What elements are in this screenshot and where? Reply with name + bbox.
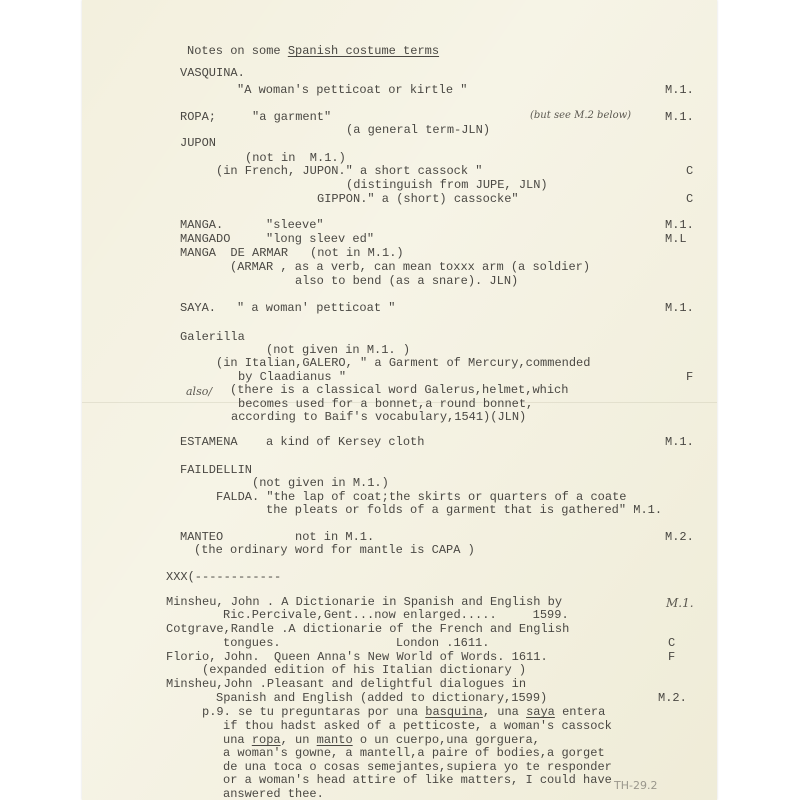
section-separator: XXX(------------ [166, 571, 281, 584]
note-ropa: (a general term-JLN) [346, 124, 490, 137]
definition-saya: " a woman' petticoat " [237, 302, 395, 315]
bibliography-entry: Spanish and English (added to dictionary… [216, 692, 547, 705]
handwritten-note: also/ [186, 385, 212, 398]
note-jupon: (in French, JUPON." a short cassock " [216, 165, 482, 178]
quote-line: or a woman's head attire of like matters… [223, 774, 612, 787]
term-galerilla: Galerilla [180, 331, 245, 344]
definition-mangado: "long sleev ed" [266, 233, 374, 246]
note-manga-de-armar: also to bend (as a snare). JLN) [295, 275, 518, 288]
note-galerilla: (in Italian,GALERO, " a Garment of Mercu… [216, 357, 590, 370]
note-manteo: (the ordinary word for mantle is CAPA ) [194, 544, 475, 557]
term-vasquina: VASQUINA. [180, 67, 245, 80]
quote-line: answered thee. [223, 788, 324, 800]
definition-manga: "sleeve" [266, 219, 324, 232]
bibliography-entry: Ric.Percivale,Gent...now enlarged..... 1… [223, 609, 569, 622]
note-jupon: (distinguish from JUPE, JLN) [346, 179, 548, 192]
term-faldellin: FAILDELLIN [180, 464, 252, 477]
source-ref: M.1. [665, 84, 694, 97]
quote-line: p.9. se tu preguntaras por una basquina,… [202, 706, 605, 719]
term-jupon: JUPON [180, 137, 216, 150]
note-jupon: GIPPON." a (short) cassocke" [317, 193, 519, 206]
source-ref: M.2. [658, 692, 687, 705]
source-ref: M.1. [666, 596, 694, 610]
quote-line: if thou hadst asked of a petticoste, a w… [223, 720, 612, 733]
term-ropa: ROPA; [180, 111, 216, 124]
definition-ropa: "a garment" [252, 111, 331, 124]
source-ref: M.1. [665, 111, 694, 124]
bibliography-entry: (expanded edition of his Italian diction… [202, 664, 526, 677]
term-manga: MANGA. [180, 219, 223, 232]
term-saya: SAYA. [180, 302, 216, 315]
catalog-number: TH-29.2 [614, 779, 657, 792]
term-manga-de-armar: MANGA DE ARMAR [180, 247, 288, 260]
source-ref: C [686, 165, 693, 178]
handwritten-note: (but see M.2 below) [530, 110, 631, 121]
source-ref: C [668, 637, 675, 650]
bibliography-entry: Cotgrave,Randle .A dictionarie of the Fr… [166, 623, 569, 636]
bibliography-entry: Minsheu,John .Pleasant and delightful di… [166, 678, 526, 691]
source-ref: F [686, 371, 693, 384]
term-mangado: MANGADO [180, 233, 230, 246]
term-estamena: ESTAMENA [180, 436, 238, 449]
note-faldellin: (not given in M.1.) [252, 477, 389, 490]
note-galerilla: (there is a classical word Galerus,helme… [230, 384, 568, 397]
note-manga-de-armar: (not in M.1.) [310, 247, 404, 260]
note-galerilla: according to Baif's vocabulary,1541)(JLN… [231, 411, 526, 424]
quote-line: a woman's gowne, a mantell,a paire of bo… [223, 747, 605, 760]
note-manga-de-armar: (ARMAR , as a verb, can mean toxxx arm (… [230, 261, 590, 274]
definition-estamena: a kind of Kersey cloth [266, 436, 424, 449]
definition-vasquina: "A woman's petticoat or kirtle " [237, 84, 467, 97]
source-ref: F [668, 651, 675, 664]
source-ref: M.1. [665, 219, 694, 232]
page-title: Notes on some Spanish costume terms [187, 45, 439, 58]
source-ref: M.1. [665, 302, 694, 315]
note-faldellin: the pleats or folds of a garment that is… [266, 504, 662, 517]
source-ref: M.L [665, 233, 687, 246]
bibliography-entry: tongues. London .1611. [223, 637, 489, 650]
source-ref: C [686, 193, 693, 206]
source-ref: M.2. [665, 531, 694, 544]
source-ref: M.1. [665, 436, 694, 449]
